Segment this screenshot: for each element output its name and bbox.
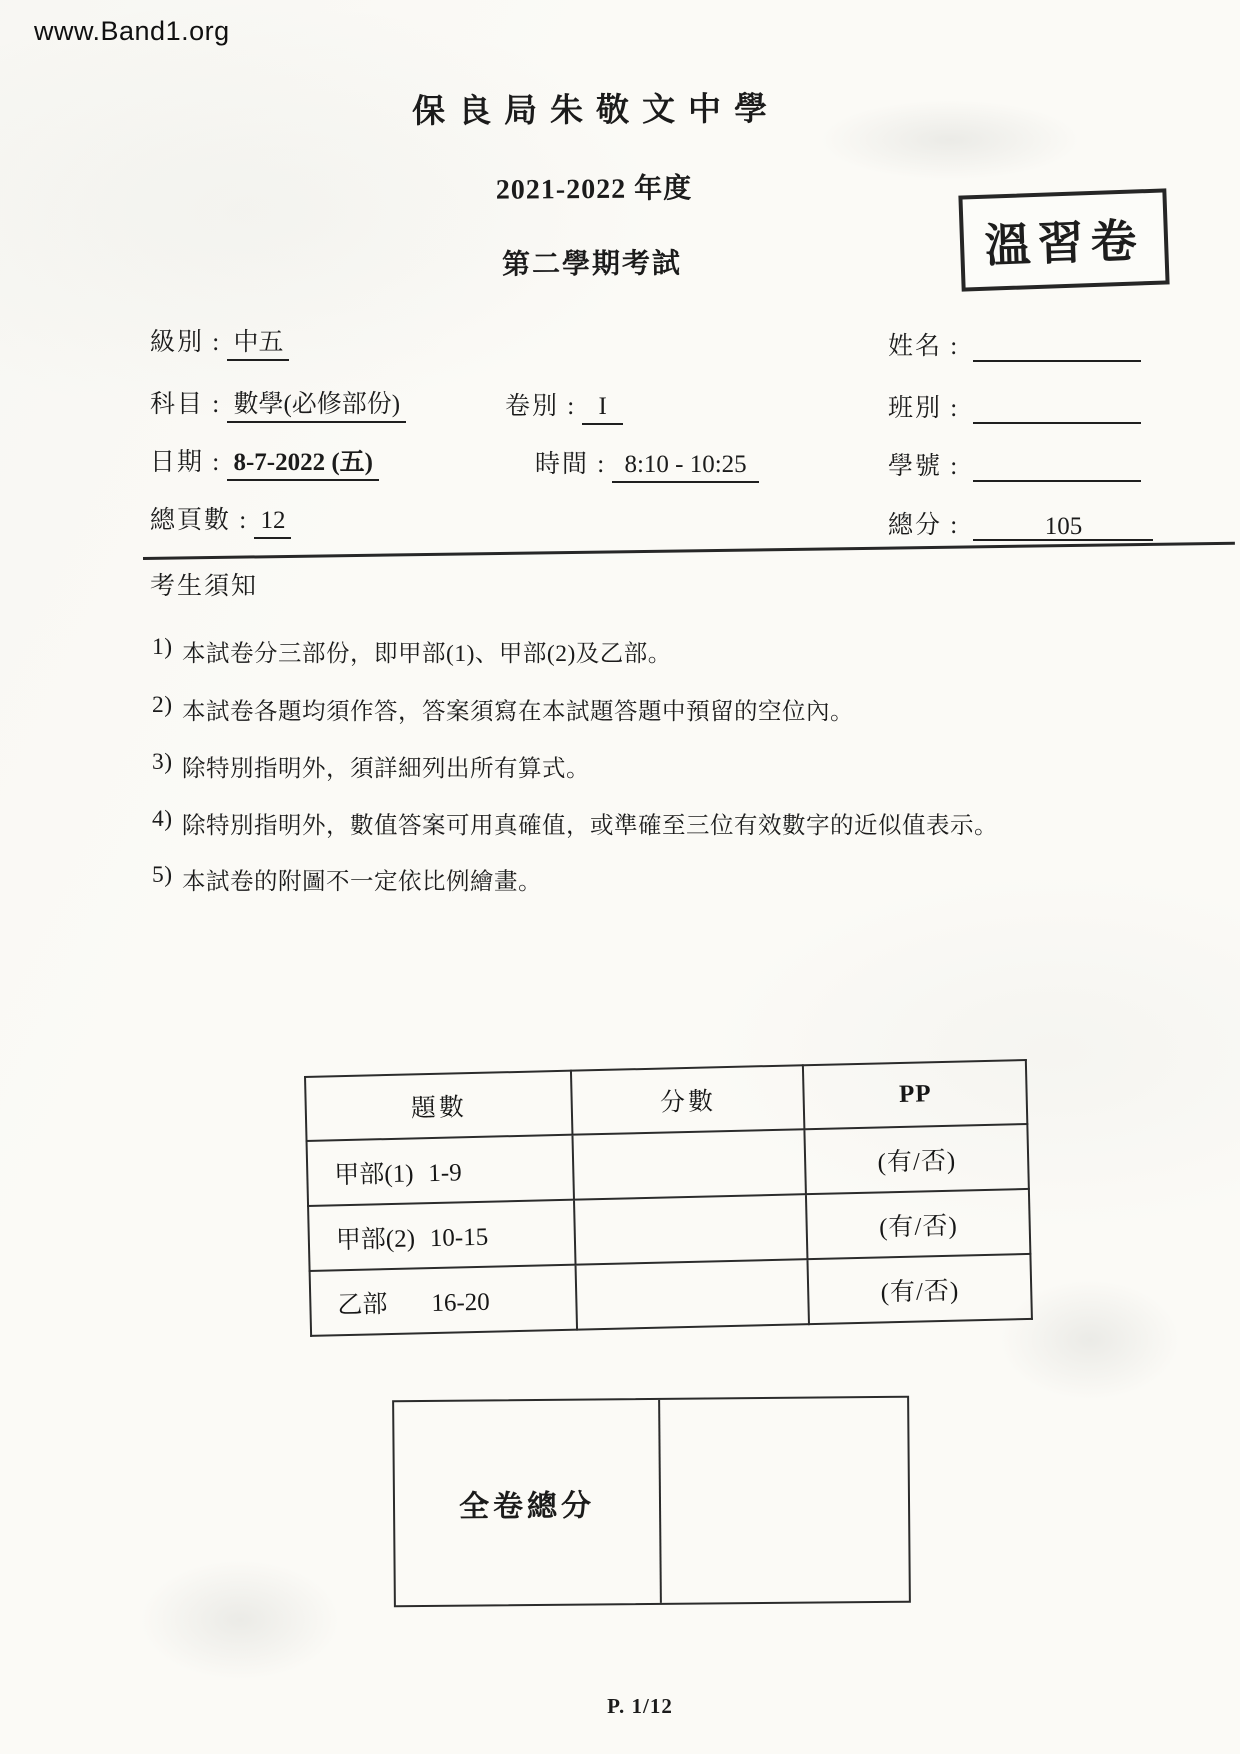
pp-cell: (有/否): [808, 1254, 1032, 1324]
question-range: 16-20: [431, 1288, 490, 1316]
notice-item-text: 本試卷各題均須作答，答案須寫在本試題答題中預留的空位內。: [182, 692, 854, 726]
notice-item-3: 3) 除特別指明外，須詳細列出所有算式。: [152, 749, 1132, 783]
marks-summary-table: 題數 分數 PP 甲部(1)1-9 (有/否) 甲部(2)10-15 (有/否)…: [304, 1059, 1033, 1337]
field-class-level: 級別 : 中五: [150, 322, 289, 358]
stamp-label: 溫習卷: [983, 204, 1144, 276]
total-marks-value: 105: [973, 513, 1153, 541]
date-value: 8-7-2022 (五): [227, 449, 379, 481]
marks-cell: [574, 1194, 808, 1264]
section-name: 乙部: [337, 1283, 432, 1321]
time-value: 8:10 - 10:25: [612, 451, 758, 483]
watermark-band1: www.Band1.org: [34, 16, 230, 47]
section-cell: 乙部16-20: [310, 1265, 578, 1336]
total-score-label: 全卷總分: [394, 1400, 662, 1605]
exam-cover-page: www.Band1.org 保良局朱敬文中學 2021-2022 年度 第二學期…: [0, 0, 1240, 1754]
section-cell: 甲部(2)10-15: [308, 1200, 576, 1271]
total-score-box: 全卷總分: [392, 1396, 911, 1608]
page-number: P. 1/12: [20, 1694, 1240, 1719]
class-group-blank-line: [973, 396, 1141, 424]
name-label: 姓名 :: [888, 333, 959, 360]
field-total-pages: 總頁數 : 12: [150, 500, 291, 536]
notice-item-text: 除特別指明外，數值答案可用真確值，或準確至三位有效數字的近似值表示。: [182, 806, 998, 840]
paper-value: I: [582, 393, 622, 425]
field-time: 時間 : 8:10 - 10:25: [535, 444, 759, 480]
field-paper: 卷別 : I: [505, 386, 623, 422]
name-blank-line: [973, 334, 1141, 362]
subject-label: 科目 :: [150, 391, 221, 418]
notice-item-number: 2): [152, 692, 182, 726]
section-name: 甲部(2): [335, 1218, 430, 1256]
student-no-label: 學號 :: [888, 453, 959, 480]
pp-cell: (有/否): [805, 1124, 1029, 1194]
total-score-blank: [660, 1398, 909, 1603]
notice-item-number: 5): [152, 862, 182, 896]
section-divider-rule: [143, 542, 1235, 560]
time-label: 時間 :: [535, 451, 606, 478]
marks-cell: [573, 1129, 807, 1199]
revision-paper-stamp: 溫習卷: [958, 188, 1169, 291]
class-level-value: 中五: [227, 329, 289, 361]
marks-cell: [576, 1259, 810, 1329]
notice-item-text: 本試卷分三部份，即甲部(1)、甲部(2)及乙部。: [182, 634, 672, 668]
field-subject: 科目 : 數學(必修部份): [150, 384, 406, 420]
notice-item-1: 1) 本試卷分三部份，即甲部(1)、甲部(2)及乙部。: [152, 634, 1132, 668]
notice-item-2: 2) 本試卷各題均須作答，答案須寫在本試題答題中預留的空位內。: [152, 692, 1132, 726]
notice-item-number: 3): [152, 749, 182, 783]
class-group-label: 班別 :: [888, 395, 959, 422]
scan-smudge: [140, 1560, 340, 1680]
question-range: 10-15: [430, 1223, 489, 1251]
notice-item-4: 4) 除特別指明外，數值答案可用真確值，或準確至三位有效數字的近似值表示。: [152, 806, 1132, 840]
subject-value: 數學(必修部份): [227, 391, 406, 423]
class-level-label: 級別 :: [150, 329, 221, 356]
field-total-marks: 總分 : 105: [888, 505, 1153, 541]
total-pages-value: 12: [254, 507, 291, 539]
header-pp: PP: [803, 1060, 1027, 1129]
section-cell: 甲部(1)1-9: [307, 1135, 575, 1206]
question-range: 1-9: [428, 1159, 462, 1187]
field-date: 日期 : 8-7-2022 (五): [150, 442, 379, 478]
field-student-no: 學號 :: [888, 446, 1141, 482]
header-questions: 題數: [305, 1071, 573, 1141]
candidate-notice-heading: 考生須知: [150, 566, 258, 602]
date-label: 日期 :: [150, 449, 221, 476]
section-name: 甲部(1): [334, 1153, 429, 1191]
total-pages-label: 總頁數 :: [150, 507, 248, 534]
student-no-blank-line: [973, 454, 1141, 482]
notice-item-text: 除特別指明外，須詳細列出所有算式。: [182, 749, 590, 783]
total-marks-label: 總分 :: [888, 512, 959, 539]
header-marks: 分數: [571, 1065, 805, 1134]
pp-cell: (有/否): [806, 1189, 1030, 1259]
notice-item-number: 1): [152, 634, 182, 668]
notice-item-5: 5) 本試卷的附圖不一定依比例繪畫。: [152, 862, 1132, 896]
field-name: 姓名 :: [888, 326, 1141, 362]
paper-label: 卷別 :: [505, 393, 576, 420]
notice-item-number: 4): [152, 806, 182, 840]
field-class-group: 班別 :: [888, 388, 1141, 424]
notice-item-text: 本試卷的附圖不一定依比例繪畫。: [182, 862, 542, 896]
school-name: 保良局朱敬文中學: [0, 80, 1216, 136]
